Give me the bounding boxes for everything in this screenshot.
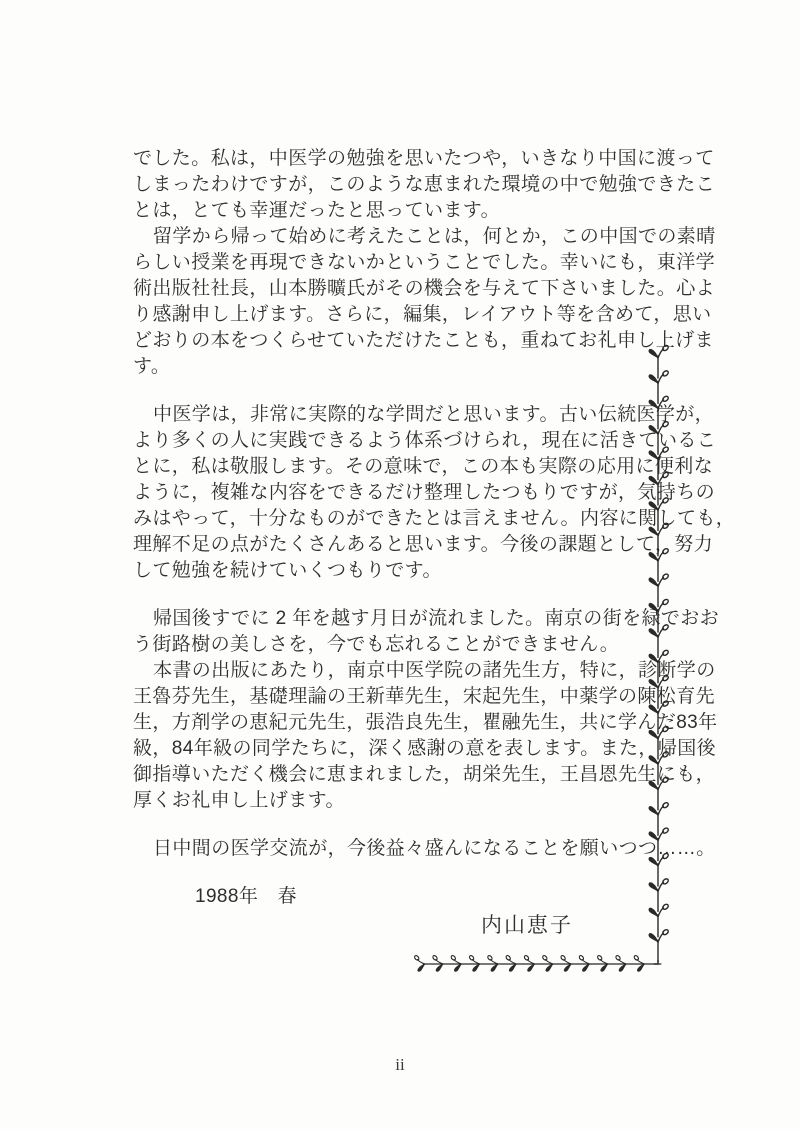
text-line: り感謝申し上げます。さらに，編集，レイアウト等を含めて，思い — [133, 302, 603, 328]
page-number: ii — [0, 1055, 800, 1075]
paragraph: でした。私は，中医学の勉強を思いたつや，いきなり中国に渡って しまったわけですが… — [133, 146, 603, 224]
text-line: 術出版社社長，山本勝曠氏がその機会を与えて下さいました。心よ — [133, 276, 603, 302]
text-line: らしい授業を再現できないかということでした。幸いにも，東洋学 — [133, 250, 603, 276]
vine-border-bottom — [414, 955, 661, 972]
text-line: とは，とても幸運だったと思っています。 — [133, 198, 603, 224]
scanned-book-page: でした。私は，中医学の勉強を思いたつや，いきなり中国に渡って しまったわけですが… — [0, 0, 800, 1129]
text-line: しまったわけですが，このような恵まれた環境の中で勉強できたこ — [133, 172, 603, 198]
text-line: 留学から帰って始めに考えたことは，何とか，この中国での素晴 — [133, 224, 603, 250]
vine-border-right — [649, 344, 669, 962]
vine-sprout-border — [413, 344, 680, 989]
text-line: でした。私は，中医学の勉強を思いたつや，いきなり中国に渡って — [133, 146, 603, 172]
